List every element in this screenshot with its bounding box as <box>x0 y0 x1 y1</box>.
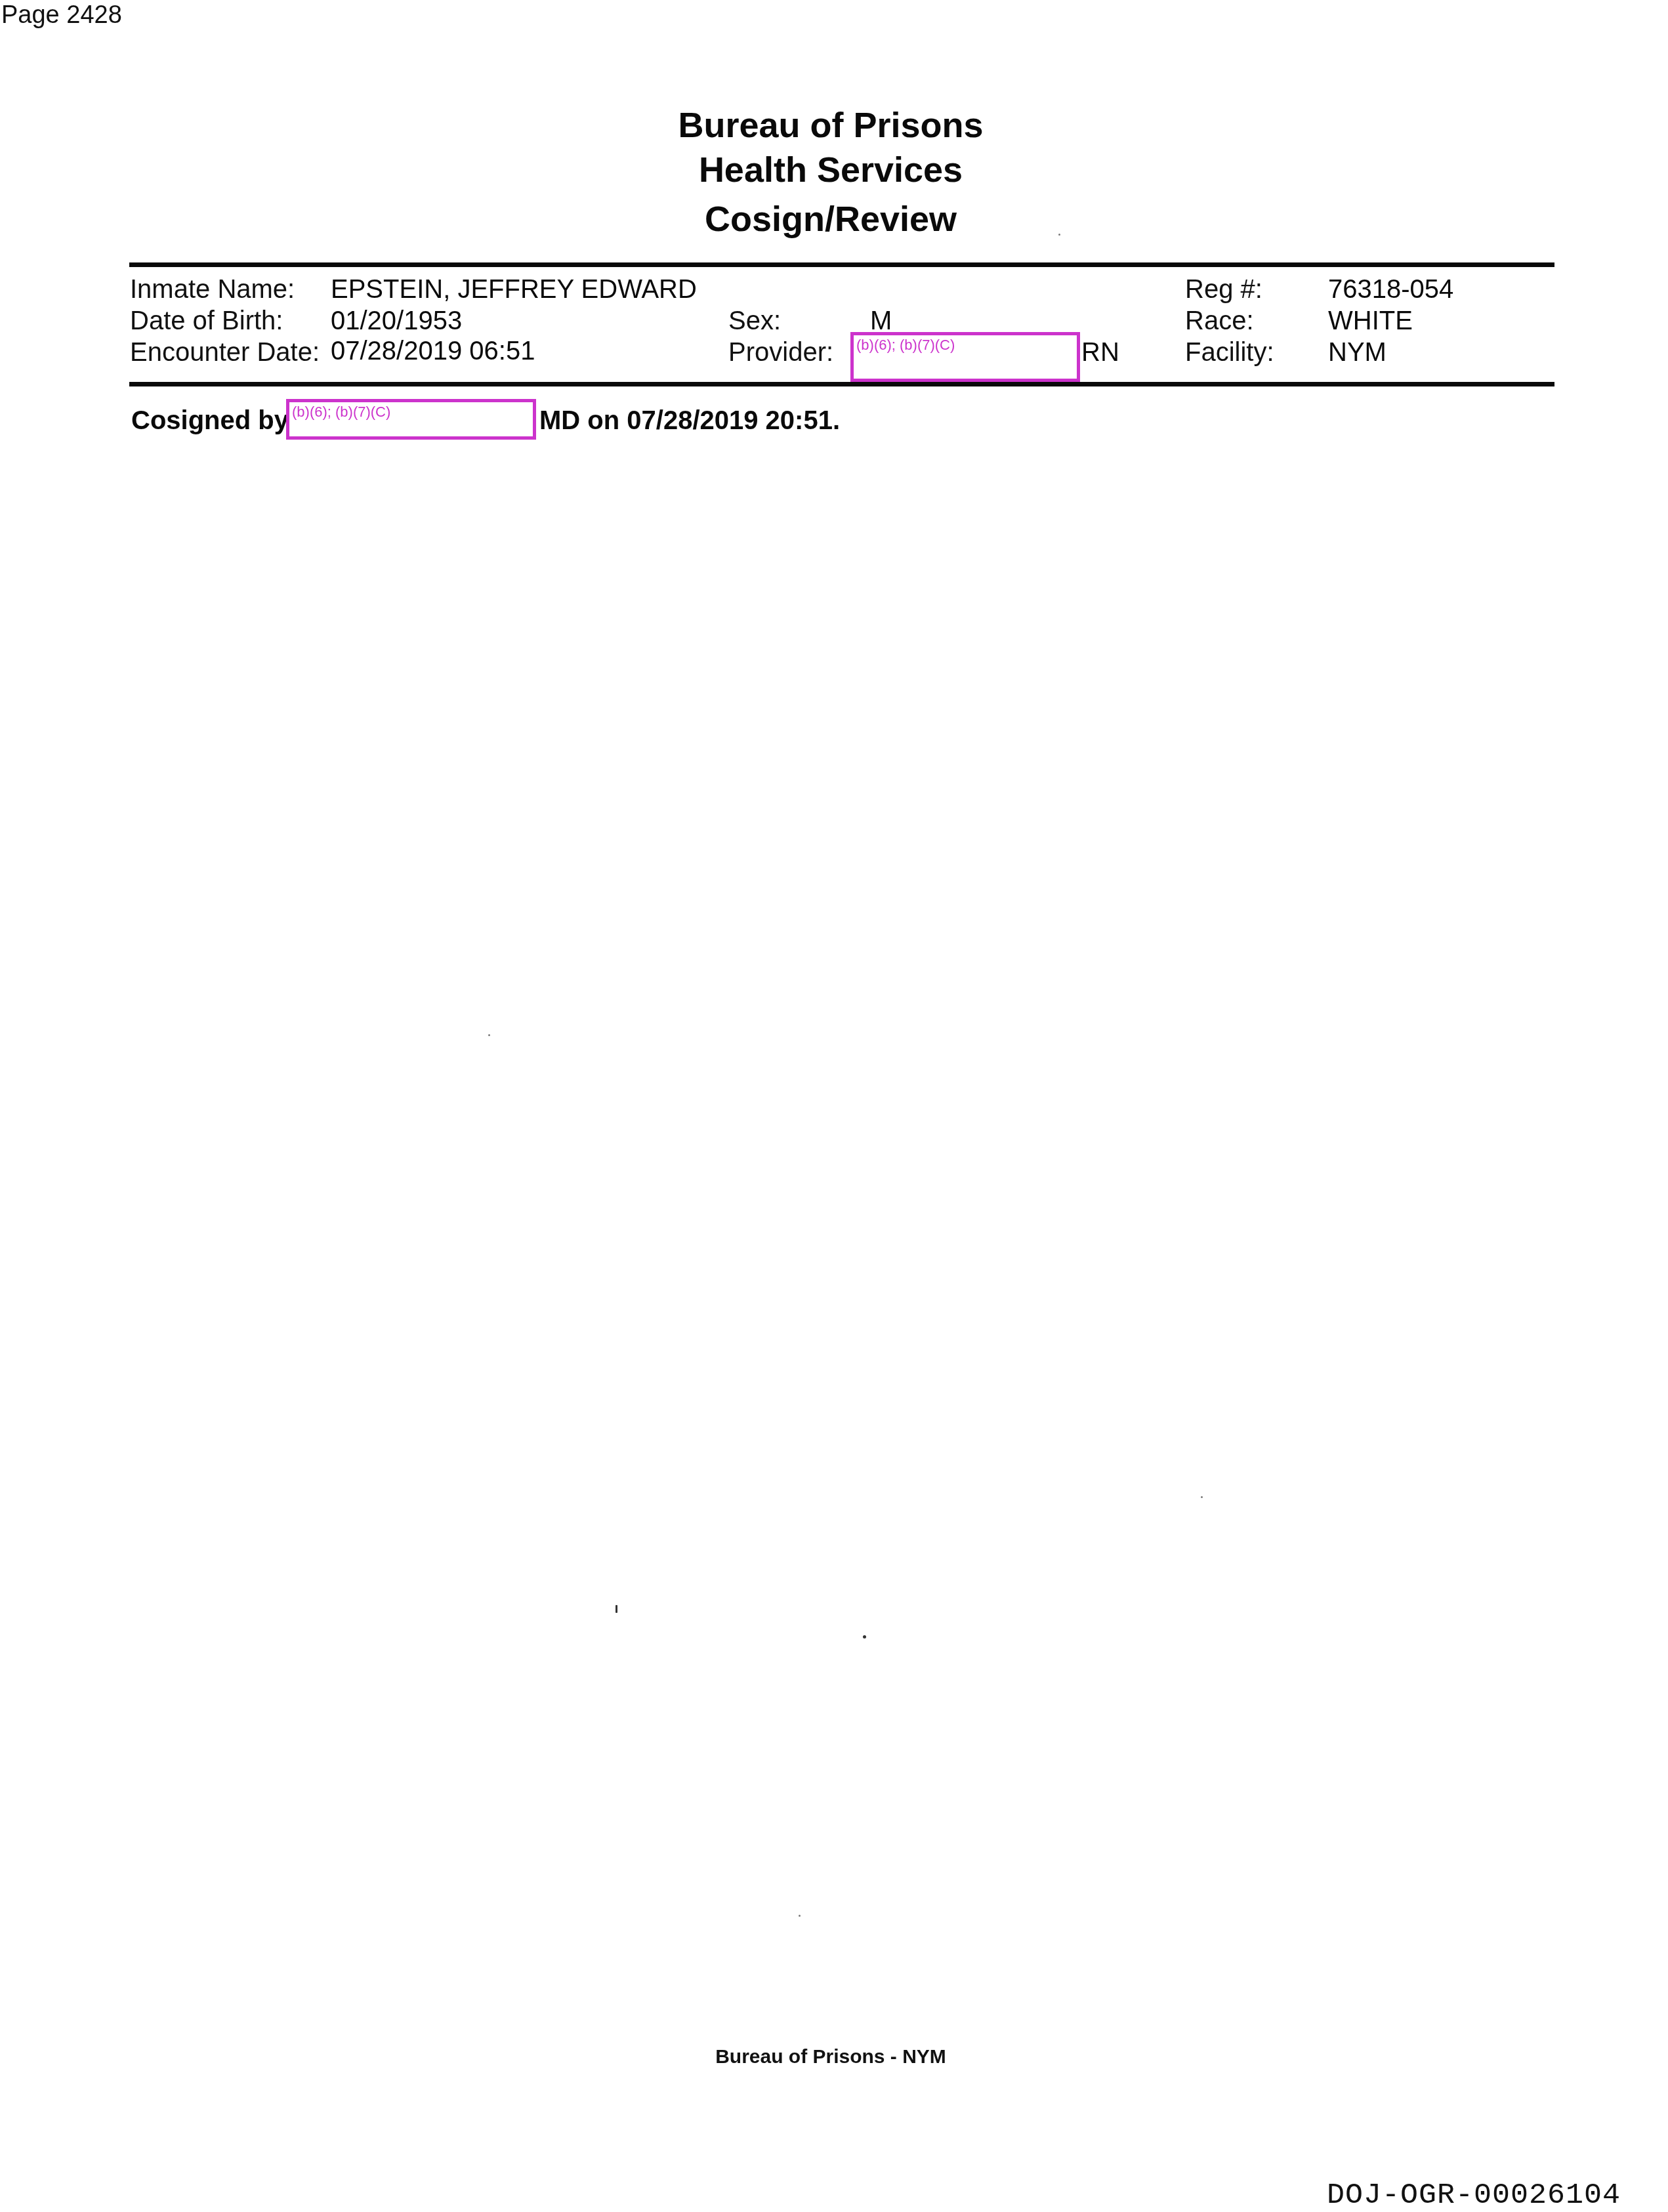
provider-label: Provider: <box>728 337 833 367</box>
inmate-name-value: EPSTEIN, JEFFREY EDWARD <box>331 274 697 304</box>
facility-value: NYM <box>1328 337 1387 367</box>
footer-text: Bureau of Prisons - NYM <box>715 2046 946 2068</box>
title-form-type: Cosign/Review <box>0 199 1665 240</box>
cosigner-redaction-box: (b)(6); (b)(7)(C) <box>286 399 536 440</box>
reg-number-label: Reg #: <box>1185 274 1262 304</box>
provider-redaction-code: (b)(6); (b)(7)(C) <box>856 337 955 354</box>
inmate-name-label: Inmate Name: <box>130 274 295 304</box>
provider-redaction-box: (b)(6); (b)(7)(C) <box>850 332 1080 382</box>
dob-label: Date of Birth: <box>130 306 283 336</box>
cosign-prefix: Cosigned by <box>131 406 289 436</box>
page-number-label: Page 2428 <box>1 0 122 30</box>
sex-label: Sex: <box>728 306 781 336</box>
scan-artifact <box>488 1034 490 1036</box>
encounter-date-label: Encounter Date: <box>130 337 320 367</box>
bates-number: DOJ-OGR-00026104 <box>1327 2179 1621 2212</box>
race-label: Race: <box>1185 306 1254 336</box>
cosigner-redaction-code: (b)(6); (b)(7)(C) <box>292 404 390 421</box>
cosign-suffix: MD on 07/28/2019 20:51. <box>539 406 840 436</box>
scan-artifact <box>863 1635 866 1638</box>
scan-artifact <box>615 1605 617 1613</box>
scan-artifact <box>1058 234 1060 236</box>
header-divider-bottom <box>129 382 1554 386</box>
provider-credential: RN <box>1081 337 1119 367</box>
facility-label: Facility: <box>1185 337 1274 367</box>
scan-artifact <box>799 1915 801 1917</box>
reg-number-value: 76318-054 <box>1328 274 1453 304</box>
page-footer: Bureau of Prisons - NYM <box>0 2046 1668 2068</box>
title-agency: Bureau of Prisons <box>0 105 1665 146</box>
race-value: WHITE <box>1328 306 1413 336</box>
encounter-date-value: 07/28/2019 06:51 <box>331 336 535 366</box>
title-department: Health Services <box>0 150 1665 190</box>
dob-value: 01/20/1953 <box>331 306 462 336</box>
scan-artifact <box>1201 1496 1203 1498</box>
header-divider-top <box>129 262 1554 267</box>
